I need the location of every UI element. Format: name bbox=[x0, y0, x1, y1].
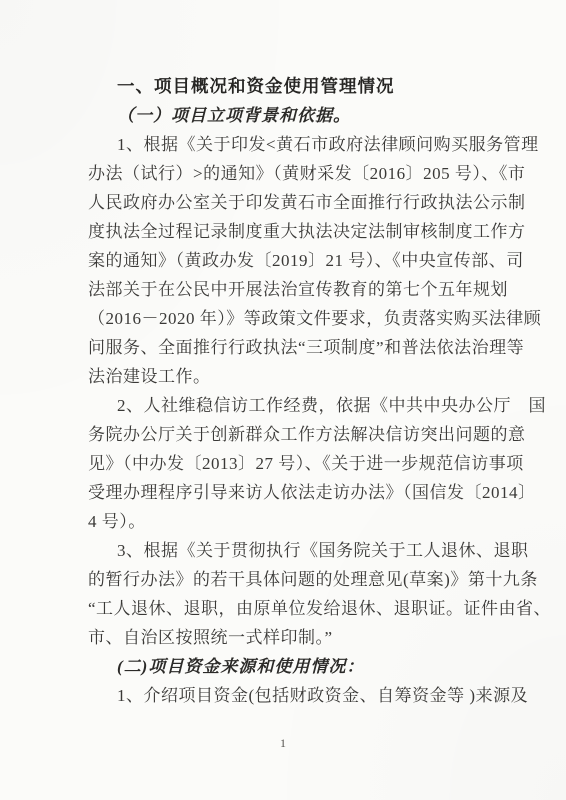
paragraph-line: 2、人社维稳信访工作经费，依据《中共中央办公厅 国 bbox=[88, 391, 508, 420]
paragraph-line: 1、根据《关于印发<黄石市政府法律顾问购买服务管理 bbox=[88, 130, 508, 159]
paragraph-line: 务院办公厅关于创新群众工作方法解决信访突出问题的意 bbox=[88, 420, 508, 449]
paragraph-line: 度执法全过程记录制度重大执法决定法制审核制度工作方 bbox=[88, 217, 508, 246]
paragraph-line: 人民政府办公室关于印发黄石市全面推行行政执法公示制 bbox=[88, 188, 508, 217]
paragraph-line: 法治建设工作。 bbox=[88, 362, 508, 391]
paragraph-line: 3、根据《关于贯彻执行《国务院关于工人退休、退职 bbox=[88, 536, 508, 565]
paragraph-line: “工人退休、退职，由原单位发给退休、退职证。证件由省、 bbox=[88, 594, 508, 623]
paragraph-line: 4 号）。 bbox=[88, 507, 508, 536]
document-body: 一、项目概况和资金使用管理情况 （一）项目立项背景和依据。 1、根据《关于印发<… bbox=[88, 72, 508, 710]
paragraph-line: 法部关于在公民中开展法治宣传教育的第七个五年规划 bbox=[88, 275, 508, 304]
paragraph-line: 案的通知》（黄政办发〔2019〕21 号）、《中央宣传部、司 bbox=[88, 246, 508, 275]
paragraph-line: 见》（中办发〔2013〕27 号）、《关于进一步规范信访事项 bbox=[88, 449, 508, 478]
paragraph-line: 1、介绍项目资金(包括财政资金、自筹资金等 )来源及 bbox=[88, 681, 508, 710]
document-page: 一、项目概况和资金使用管理情况 （一）项目立项背景和依据。 1、根据《关于印发<… bbox=[0, 0, 566, 800]
subsection-heading: （一）项目立项背景和依据。 bbox=[88, 101, 508, 130]
page-number: 1 bbox=[0, 736, 566, 751]
paragraph-line: 办法（试行）>的通知》（黄财采发〔2016〕205 号）、《市 bbox=[88, 159, 508, 188]
section-heading: 一、项目概况和资金使用管理情况 bbox=[88, 72, 508, 101]
paragraph-line: （2016－2020 年）》等政策文件要求，负责落实购买法律顾 bbox=[88, 304, 508, 333]
paragraph-line: 问服务、全面推行行政执法“三项制度”和普法依法治理等 bbox=[88, 333, 508, 362]
paragraph-line: 的暂行办法》的若干具体问题的处理意见(草案)》第十九条 bbox=[88, 565, 508, 594]
subsection-heading: (二)项目资金来源和使用情况： bbox=[88, 652, 508, 681]
paragraph-line: 受理办理程序引导来访人依法走访办法》（国信发〔2014〕 bbox=[88, 478, 508, 507]
paragraph-line: 市、自治区按照统一式样印制。” bbox=[88, 623, 508, 652]
